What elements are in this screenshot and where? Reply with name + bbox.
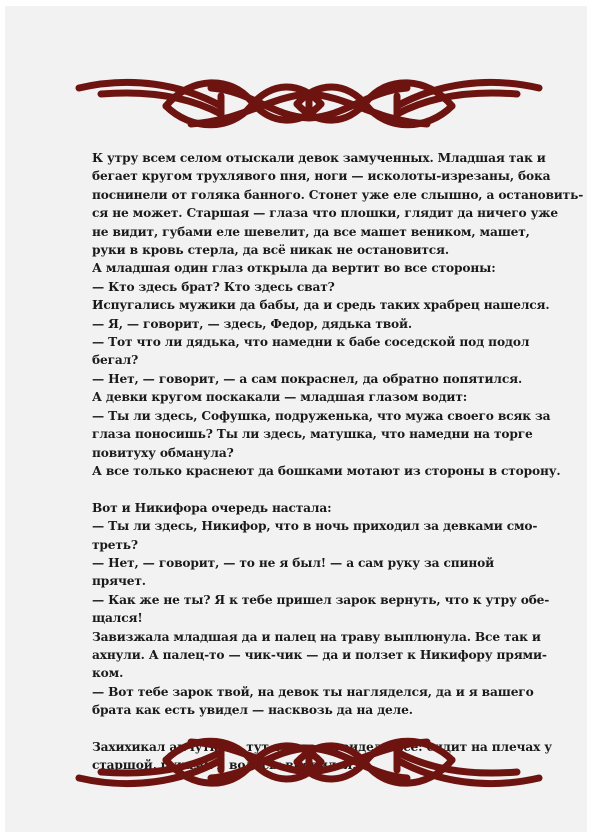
text-line: глаза поносишь? Ты ли здесь, матушка, чт… bbox=[92, 425, 532, 443]
text-line: — Я, — говорит, — здесь, Федор, дядька т… bbox=[92, 315, 532, 333]
text-line: бегает кругом трухлявого пня, ноги — иск… bbox=[92, 167, 532, 185]
text-line: — Ты ли здесь, Софушка, подруженька, что… bbox=[92, 407, 532, 425]
text-line: — Вот тебе зарок твой, на девок ты нагля… bbox=[92, 683, 532, 701]
text-line: А младшая один глаз открыла да вертит во… bbox=[92, 259, 532, 277]
text-line: ком. bbox=[92, 664, 532, 682]
story-text: К утру всем селом отыскали девок замучен… bbox=[92, 149, 532, 775]
text-line: бегал? bbox=[92, 351, 532, 369]
text-line: поснинели от голяка банного. Стонет уже … bbox=[92, 186, 532, 204]
text-line: ахнули. А палец-то — чик-чик — да и полз… bbox=[92, 646, 532, 664]
text-line: — Нет, — говорит, — то не я был! — а сам… bbox=[92, 554, 532, 572]
text-line: — Тот что ли дядька, что намедни к бабе … bbox=[92, 333, 532, 351]
text-line: повитуху обманула? bbox=[92, 444, 532, 462]
text-line: — Как же не ты? Я к тебе пришел зарок ве… bbox=[92, 591, 532, 609]
text-line: А девки кругом поскакали — младшая глазо… bbox=[92, 388, 532, 406]
text-line: Завизжала младшая да и палец на траву вы… bbox=[92, 628, 532, 646]
text-line: не видит, губами еле шевелит, да все маш… bbox=[92, 223, 532, 241]
text-line: — Ты ли здесь, Никифор, что в ночь прихо… bbox=[92, 517, 532, 535]
page: К утру всем селом отыскали девок замучен… bbox=[5, 6, 587, 832]
celtic-knot-ornament-top-icon bbox=[71, 66, 547, 136]
paragraph-gap bbox=[92, 480, 532, 498]
celtic-knot-ornament-bottom-icon bbox=[71, 730, 547, 800]
text-line: А все только краснеют да бошками мотают … bbox=[92, 462, 532, 480]
text-line: треть? bbox=[92, 536, 532, 554]
text-line: — Нет, — говорит, — а сам покраснел, да … bbox=[92, 370, 532, 388]
text-line: ся не может. Старшая — глаза что плошки,… bbox=[92, 204, 532, 222]
text-line: К утру всем селом отыскали девок замучен… bbox=[92, 149, 532, 167]
text-line: руки в кровь стерла, да всё никак не ост… bbox=[92, 241, 532, 259]
text-line: Вот и Никифора очередь настала: bbox=[92, 499, 532, 517]
text-line: прячет. bbox=[92, 572, 532, 590]
text-line: Испугались мужики да бабы, да и средь та… bbox=[92, 296, 532, 314]
text-line: — Кто здесь брат? Кто здесь сват? bbox=[92, 278, 532, 296]
text-line: брата как есть увидел — насквозь да на д… bbox=[92, 701, 532, 719]
text-line: щался! bbox=[92, 609, 532, 627]
